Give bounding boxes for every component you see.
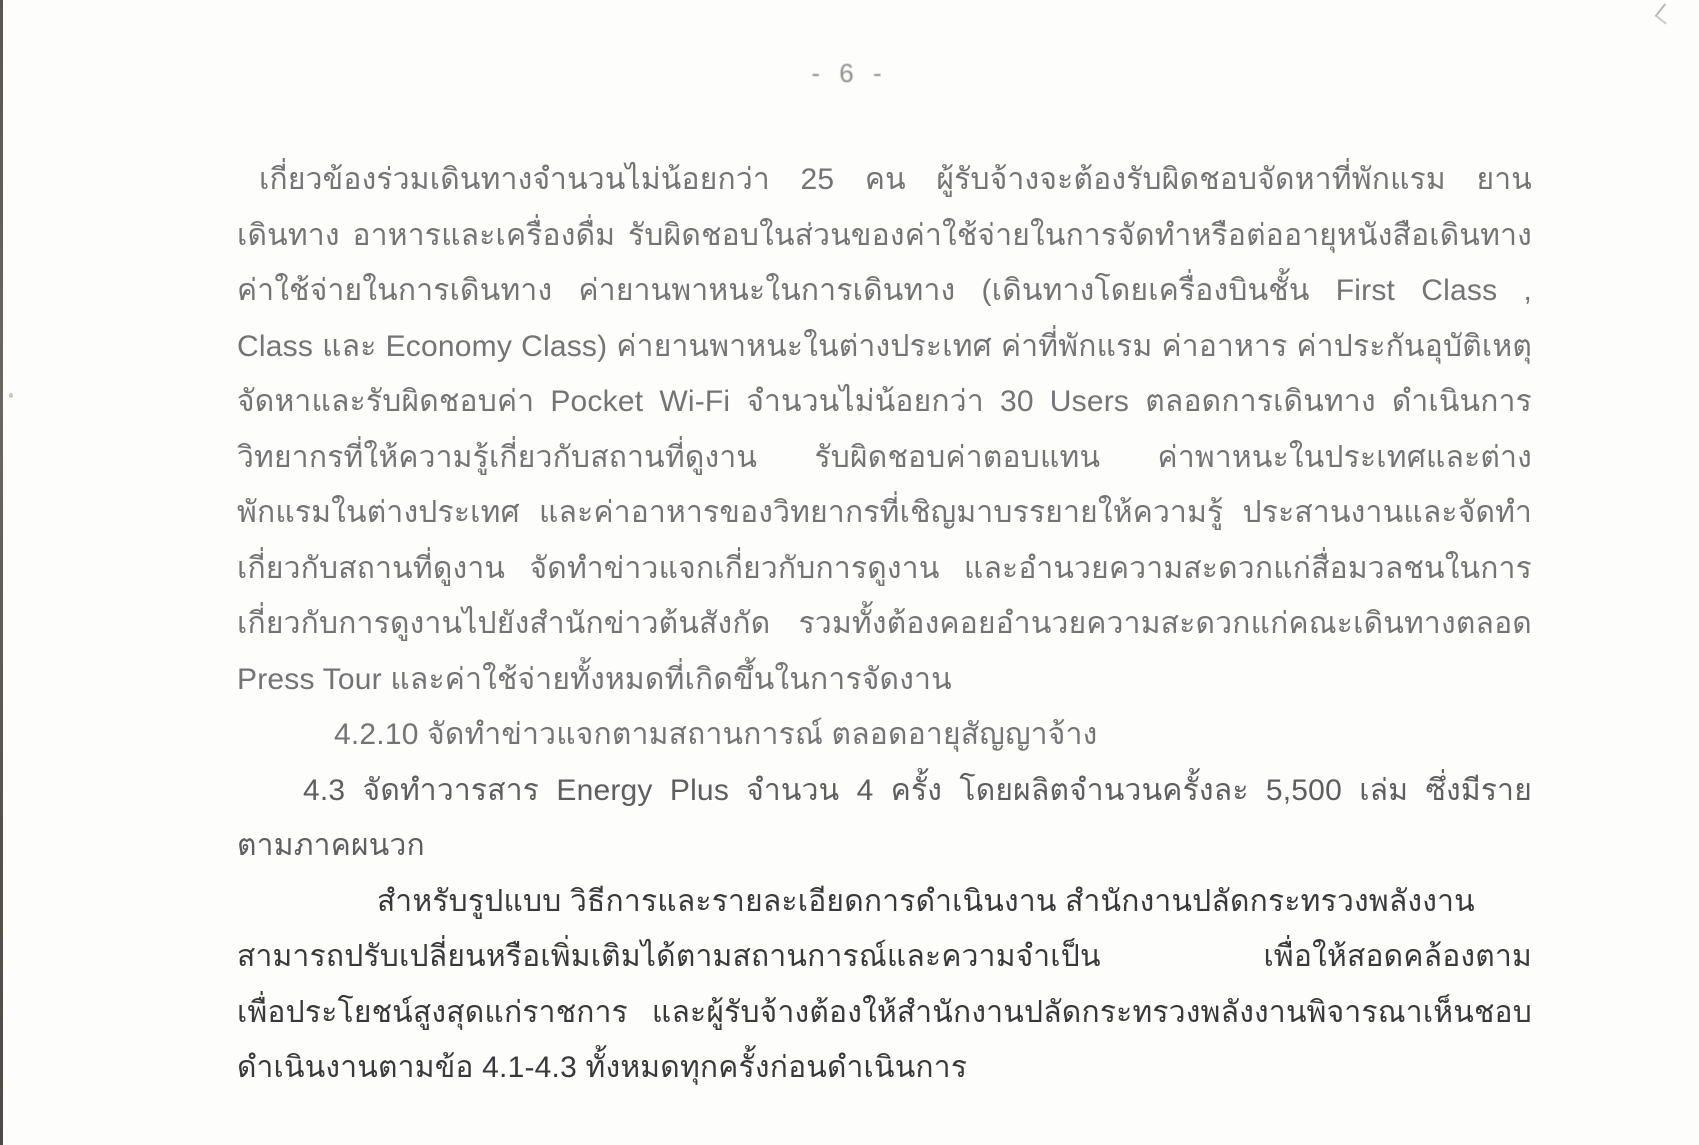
- page-number: - 6 -: [0, 58, 1699, 89]
- text-line: เกี่ยวกับสถานที่ดูงาน จัดทำข่าวแจกเกี่ยว…: [237, 541, 1532, 597]
- text-line: จัดหาและรับผิดชอบค่า Pocket Wi-Fi จำนวนไ…: [237, 374, 1532, 430]
- text-line: สามารถปรับเปลี่ยนหรือเพิ่มเติมได้ตามสถาน…: [237, 929, 1532, 985]
- text-line: สำหรับรูปแบบ วิธีการและรายละเอียดการดำเน…: [237, 874, 1532, 930]
- text-line: ดำเนินงานตามข้อ 4.1-4.3 ทั้งหมดทุกครั้งก…: [237, 1040, 1532, 1096]
- text-line: พักแรมในต่างประเทศ และค่าอาหารของวิทยากร…: [237, 485, 1532, 541]
- scan-edge-line: [0, 0, 3, 1145]
- text-line: วิทยากรที่ให้ความรู้เกี่ยวกับสถานที่ดูงา…: [237, 430, 1532, 486]
- text-line: Class และ Economy Class) ค่ายานพาหนะในต่…: [237, 319, 1532, 375]
- document-body: เกี่ยวข้องร่วมเดินทางจำนวนไม่น้อยกว่า 25…: [237, 152, 1532, 1096]
- list-item-4-2-10: 4.2.10 จัดทำข่าวแจกตามสถานการณ์ ตลอดอายุ…: [237, 707, 1532, 763]
- text-line: เดินทาง อาหารและเครื่องดื่ม รับผิดชอบในส…: [237, 208, 1532, 264]
- scan-speck-icon: [9, 393, 13, 398]
- text-line: ค่าใช้จ่ายในการเดินทาง ค่ายานพาหนะในการเ…: [237, 263, 1532, 319]
- text-line: เกี่ยวกับการดูงานไปยังสำนักข่าวต้นสังกัด…: [237, 596, 1532, 652]
- scanned-document-page: - 6 - เกี่ยวข้องร่วมเดินทางจำนวนไม่น้อยก…: [0, 0, 1699, 1145]
- text-line: เกี่ยวข้องร่วมเดินทางจำนวนไม่น้อยกว่า 25…: [237, 152, 1532, 208]
- text-line: เพื่อประโยชน์สูงสุดแก่ราชการ และผู้รับจ้…: [237, 985, 1532, 1041]
- text-line: Press Tour และค่าใช้จ่ายทั้งหมดที่เกิดขึ…: [237, 652, 1532, 708]
- text-line: ตามภาคผนวก: [237, 818, 1532, 874]
- scan-artifact-icon: [1655, 3, 1676, 24]
- list-item-4-3: 4.3 จัดทำวารสาร Energy Plus จำนวน 4 ครั้…: [237, 763, 1532, 819]
